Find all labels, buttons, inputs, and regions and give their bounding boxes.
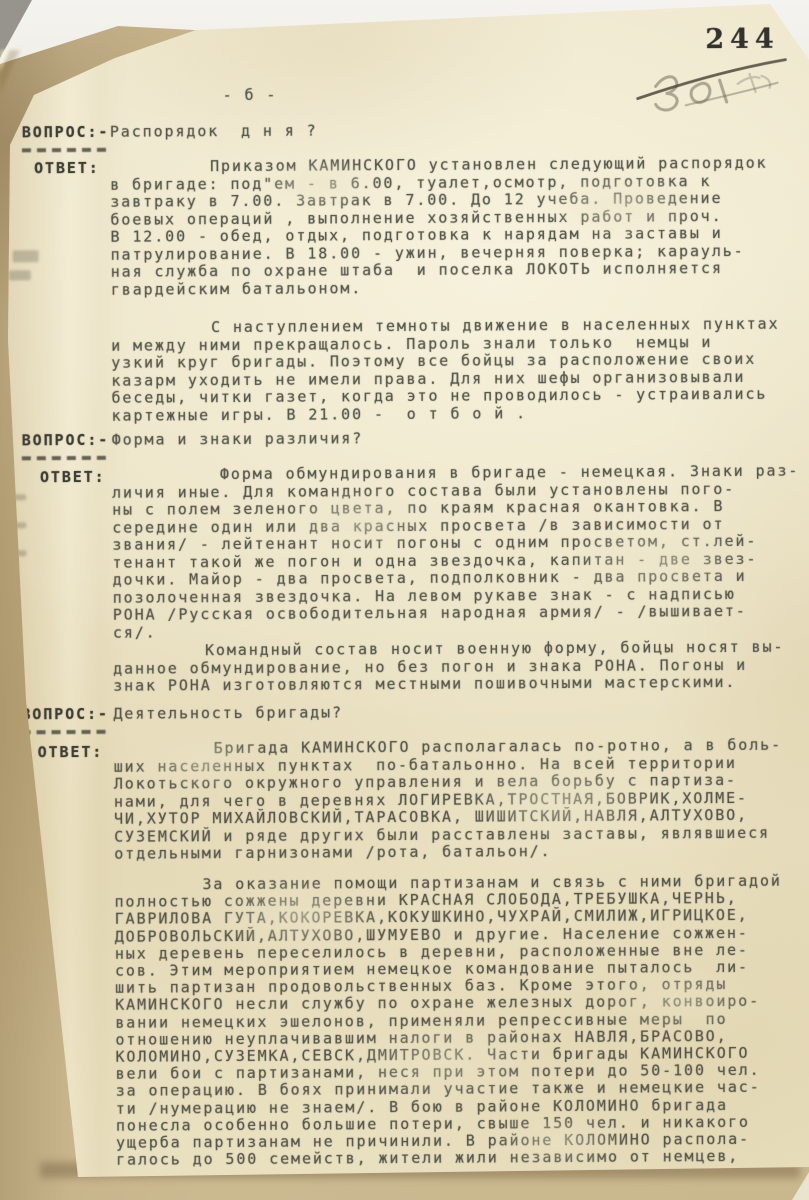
scanned-archive-page: { "page": { "scan_number": "244", "handw…	[0, 0, 809, 1200]
answer-paragraph: Командный состав носит военную форму, бо…	[113, 639, 793, 696]
ink-bleed-mark	[13, 250, 39, 262]
question-label-2: ВОПРОС:-	[22, 432, 110, 450]
question-underline-1	[22, 148, 106, 153]
answer-paragraph: Форма обмундирования в бригаде - немецка…	[112, 463, 793, 642]
ink-bleed-mark	[9, 270, 31, 280]
document-content: 244 - б - ВОПРОС:- Распорядок д н я ? ОТ…	[0, 0, 809, 1200]
question-underline-2	[22, 456, 106, 461]
handwritten-crossed-out-number	[625, 50, 795, 117]
question-text-2: Форма и знаки различия?	[112, 430, 364, 449]
page-marker: - б -	[223, 87, 278, 105]
question-label-1: ВОПРОС:-	[22, 124, 110, 142]
question-label-3: ВОПРОС:-	[21, 706, 109, 724]
answer-paragraph: За оказание помощи партизанам и связь с …	[114, 873, 806, 1170]
answer-paragraph: Приказом КАМИНСКОГО установлен следующий…	[110, 155, 791, 299]
question-text-1: Распорядок д н я ?	[110, 123, 318, 142]
answer-label-1: ОТВЕТ:	[34, 160, 100, 178]
answer-paragraph: С наступлением темноты движение в населе…	[111, 316, 792, 425]
answer-label-2: ОТВЕТ:	[40, 469, 106, 487]
question-underline-3	[22, 730, 106, 735]
document-page: 244 - б - ВОПРОС:- Распорядок д н я ? ОТ…	[0, 0, 809, 1200]
answer-label-3: ОТВЕТ:	[38, 744, 104, 762]
question-text-3: Деятельность бригады?	[113, 704, 343, 723]
answer-paragraph: Бригада КАМИНСКОГО располагалась по-ротн…	[114, 737, 805, 864]
